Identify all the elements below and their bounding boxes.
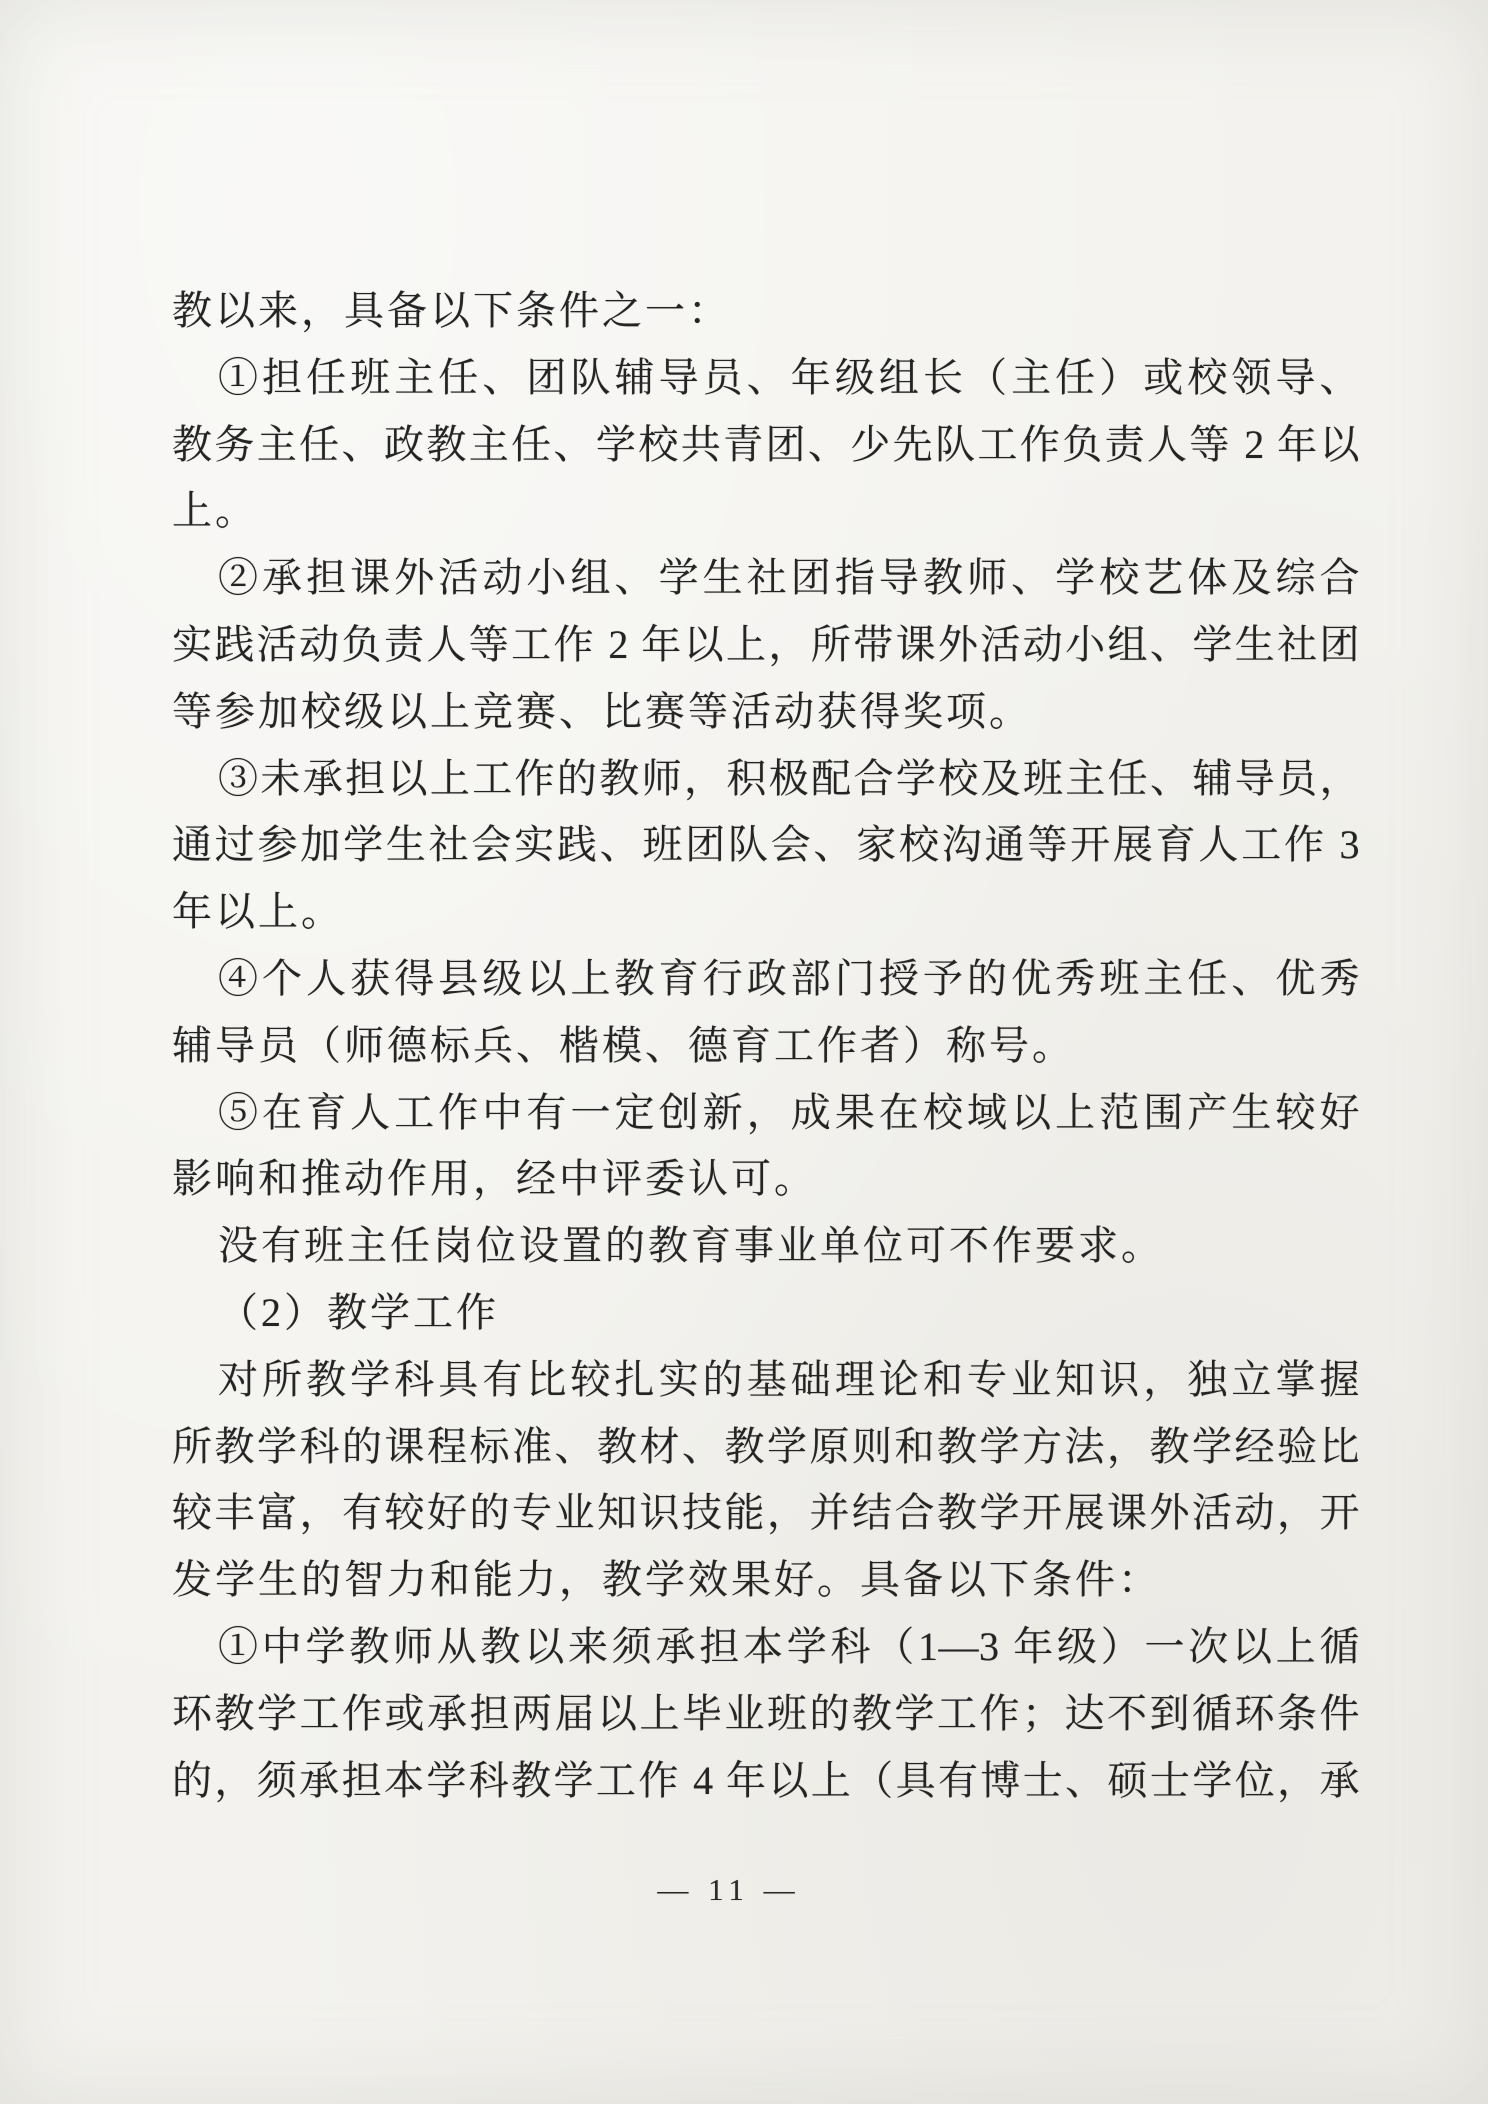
text-line: 所教学科的课程标准、教材、教学原则和教学方法，教学经验比 (172, 1414, 1360, 1481)
text-line: （2）教学工作 (172, 1280, 1360, 1347)
scanned-document-page: 教以来，具备以下条件之一：①担任班主任、团队辅导员、年级组长（主任）或校领导、教… (0, 0, 1488, 2104)
text-line: ⑤在育人工作中有一定创新，成果在校域以上范围产生较好 (172, 1080, 1360, 1147)
text-line: 较丰富，有较好的专业知识技能，并结合教学开展课外活动，开 (172, 1480, 1360, 1547)
text-line: ①担任班主任、团队辅导员、年级组长（主任）或校领导、 (172, 345, 1360, 412)
text-line: ①中学教师从教以来须承担本学科（1—3 年级）一次以上循 (172, 1614, 1360, 1681)
document-body: 教以来，具备以下条件之一：①担任班主任、团队辅导员、年级组长（主任）或校领导、教… (172, 278, 1360, 1814)
text-line: 辅导员（师德标兵、楷模、德育工作者）称号。 (172, 1013, 1360, 1080)
text-line: 上。 (172, 478, 1360, 545)
text-line: 教以来，具备以下条件之一： (172, 278, 1360, 345)
page-number: — 11 — (0, 1872, 1458, 1908)
text-line: ④个人获得县级以上教育行政部门授予的优秀班主任、优秀 (172, 946, 1360, 1013)
text-line: ③未承担以上工作的教师，积极配合学校及班主任、辅导员， (172, 746, 1360, 813)
text-line: 环教学工作或承担两届以上毕业班的教学工作；达不到循环条件 (172, 1681, 1360, 1748)
text-line: 没有班主任岗位设置的教育事业单位可不作要求。 (172, 1213, 1360, 1280)
text-line: 的，须承担本学科教学工作 4 年以上（具有博士、硕士学位，承 (172, 1748, 1360, 1815)
text-line: 影响和推动作用，经中评委认可。 (172, 1146, 1360, 1213)
text-line: 等参加校级以上竞赛、比赛等活动获得奖项。 (172, 679, 1360, 746)
text-line: 对所教学科具有比较扎实的基础理论和专业知识，独立掌握 (172, 1347, 1360, 1414)
text-line: ②承担课外活动小组、学生社团指导教师、学校艺体及综合 (172, 545, 1360, 612)
text-line: 发学生的智力和能力，教学效果好。具备以下条件： (172, 1547, 1360, 1614)
text-line: 实践活动负责人等工作 2 年以上，所带课外活动小组、学生社团 (172, 612, 1360, 679)
text-line: 通过参加学生社会实践、班团队会、家校沟通等开展育人工作 3 (172, 812, 1360, 879)
text-line: 教务主任、政教主任、学校共青团、少先队工作负责人等 2 年以 (172, 412, 1360, 479)
text-line: 年以上。 (172, 879, 1360, 946)
